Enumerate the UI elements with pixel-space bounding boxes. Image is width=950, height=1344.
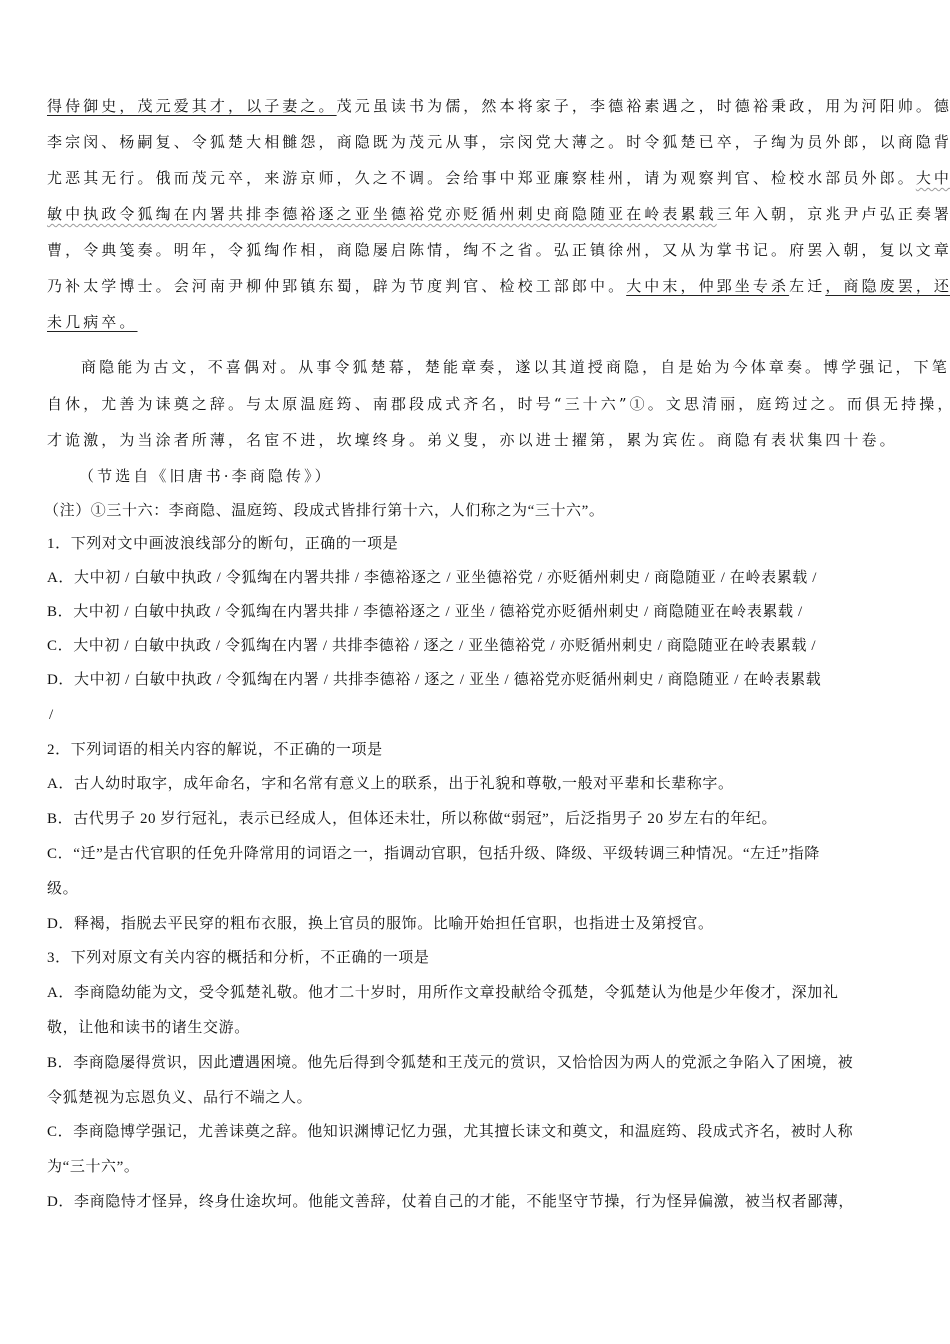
option-a: A．古人幼时取字，成年命名，字和名常有意义上的联系，出于礼貌和尊敬,一般对平辈和… xyxy=(47,774,734,794)
option-c-continued: 为“三十六”。 xyxy=(47,1157,140,1177)
option-c: C．李商隐博学强记，尤善诔奠之辞。他知识渊博记忆力强，尤其擅长诔文和奠文，和温庭… xyxy=(47,1122,853,1142)
question-stem: 1．下列对文中画波浪线部分的断句，正确的一项是 xyxy=(47,534,398,554)
wavy-underlined-text: 大中初白 xyxy=(916,169,950,187)
passage-line-4: 敏中执政令狐绹在内署共排李德裕逐之亚坐德裕党亦贬循州刺史商隐随亚在岭表累载三年入… xyxy=(47,204,950,224)
passage-line-8: 商隐能为古文，不喜偶对。从事令狐楚幕，楚能章奏，遂以其道授商隐，自是始为今体章奏… xyxy=(47,357,950,377)
passage-text: 茂元虽读书为儒，然本将家子，李德裕素遇之，时德裕秉政，用为河阳帅。德裕与 xyxy=(337,97,950,115)
option-b-continued: 令狐楚视为忘恩负义、品行不端之人。 xyxy=(47,1088,312,1108)
passage-text: 乃补太学博士。会河南尹柳仲郢镇东蜀，辟为节度判官、检校工部郎中。 xyxy=(47,277,626,295)
passage-line-2: 李宗闵、杨嗣复、令狐楚大相雠怨，商隐既为茂元从事，宗闵党大薄之。时令狐楚已卒，子… xyxy=(47,132,950,152)
option-d: D．李商隐恃才怪异，终身仕途坎坷。他能文善辞，仗着自己的才能，不能坚守节操，行为… xyxy=(47,1192,854,1212)
option-d: D．释褐，指脱去平民穿的粗布衣服，换上官员的服饰。比喻开始担任官职，也指进士及第… xyxy=(47,914,714,934)
passage-text: 才诡激，为当涂者所薄，名宦不进，坎壈终身。弟义叟，亦以进士擢第，累为宾佐。商隐有… xyxy=(47,431,898,449)
underlined-text: ，商隐废罢，还郑州， xyxy=(825,277,950,295)
question-stem: 2．下列词语的相关内容的解说，不正确的一项是 xyxy=(47,740,383,760)
passage-text: 李宗闵、杨嗣复、令狐楚大相雠怨，商隐既为茂元从事，宗闵党大薄之。时令狐楚已卒，子… xyxy=(47,133,950,151)
underlined-text: 大中末，仲郢坐专杀 xyxy=(626,277,789,295)
passage-line-9: 自休，尤善为诔奠之辞。与太原温庭筠、南郡段成式齐名，时号“三十六”①。文思清丽，… xyxy=(47,394,950,414)
passage-text: 曹，令典笺奏。明年，令狐绹作相，商隐屡启陈情，绹不之省。弘正镇徐州，又从为掌书记… xyxy=(47,241,950,259)
passage-text: 商隐能为古文，不喜偶对。从事令狐楚幕，楚能章奏，遂以其道授商隐，自是始为今体章奏… xyxy=(81,358,950,376)
passage-text: 尤恶其无行。俄而茂元卒，来游京师，久之不调。会给事中郑亚廉察桂州，请为观察判官、… xyxy=(47,169,916,187)
option-a: A．大中初 / 白敏中执政 / 令狐绹在内署共排 / 李德裕逐之 / 亚坐德裕党… xyxy=(47,568,817,588)
passage-line-10: 才诡激，为当涂者所薄，名宦不进，坎壈终身。弟义叟，亦以进士擢第，累为宾佐。商隐有… xyxy=(47,430,898,450)
question-stem: 3．下列对原文有关内容的概括和分析，不正确的一项是 xyxy=(47,948,430,968)
option-b: B．李商隐屡得赏识，因此遭遇困境。他先后得到令狐楚和王茂元的赏识，又恰恰因为两人… xyxy=(47,1053,853,1073)
passage-source: （节选自《旧唐书·李商隐传》） xyxy=(47,466,333,486)
passage-text: 三年入朝，京兆尹卢弘正奏署掾 xyxy=(717,205,950,223)
passage-line-1: 得侍御史，茂元爱其才，以子妻之。茂元虽读书为儒，然本将家子，李德裕素遇之，时德裕… xyxy=(47,96,950,116)
option-b: B．古代男子 20 岁行冠礼，表示已经成人，但体还未壮，所以称做“弱冠”，后泛指… xyxy=(47,809,777,829)
underlined-text: 未几病卒。 xyxy=(47,313,138,331)
wavy-underlined-text: 敏中执政令狐绹在内署共排李德裕逐之亚坐德裕党亦贬循州刺史商隐随亚在岭表累载 xyxy=(47,205,717,223)
option-b: B．大中初 / 白敏中执政 / 令狐绹在内署共排 / 李德裕逐之 / 亚坐 / … xyxy=(47,602,803,622)
option-c-continued: 级。 xyxy=(47,879,78,899)
passage-text: 左迁 xyxy=(789,277,825,295)
option-d: D．大中初 / 白敏中执政 / 令狐绹在内署 / 共排李德裕 / 逐之 / 亚坐… xyxy=(47,670,821,690)
passage-line-6: 乃补太学博士。会河南尹柳仲郢镇东蜀，辟为节度判官、检校工部郎中。大中末，仲郢坐专… xyxy=(47,276,950,296)
option-c: C．大中初 / 白敏中执政 / 令狐绹在内署 / 共排李德裕 / 逐之 / 亚坐… xyxy=(47,636,816,656)
passage-line-7: 未几病卒。 xyxy=(47,312,138,332)
passage-text: 自休，尤善为诔奠之辞。与太原温庭筠、南郡段成式齐名，时号“三十六”①。文思清丽，… xyxy=(47,395,950,413)
option-c: C．“迁”是古代官职的任免升降常用的词语之一，指调动官职，包括升级、降级、平级转… xyxy=(47,844,820,864)
option-a: A．李商隐幼能为文，受令狐楚礼敬。他才二十岁时，用所作文章投献给令孤楚，令狐楚认… xyxy=(47,983,838,1003)
underlined-text: 得侍御史，茂元爱其才，以子妻之。 xyxy=(47,97,337,115)
option-a-continued: 敬，让他和读书的诸生交游。 xyxy=(47,1018,250,1038)
passage-line-5: 曹，令典笺奏。明年，令狐绹作相，商隐屡启陈情，绹不之省。弘正镇徐州，又从为掌书记… xyxy=(47,240,950,260)
passage-line-3: 尤恶其无行。俄而茂元卒，来游京师，久之不调。会给事中郑亚廉察桂州，请为观察判官、… xyxy=(47,168,950,188)
footnote: （注）①三十六：李商隐、温庭筠、段成式皆排行第十六，人们称之为“三十六”。 xyxy=(44,501,605,521)
option-d-continued: / xyxy=(49,705,54,725)
